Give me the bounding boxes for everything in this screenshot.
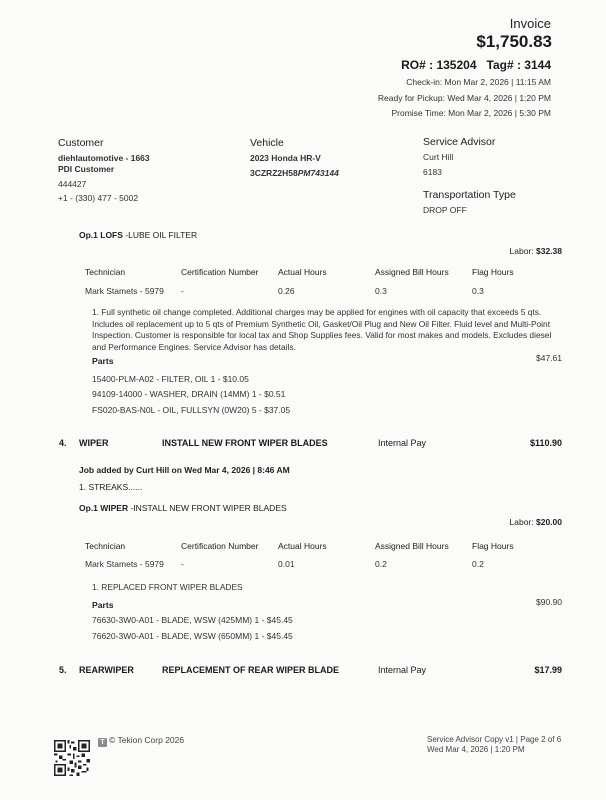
customer-name: diehlautomotive - 1663 bbox=[58, 153, 150, 163]
part-line: 94109-14000 - WASHER, DRAIN (14MM) 1 - $… bbox=[92, 389, 285, 399]
tekion-logo-icon: T bbox=[98, 738, 107, 747]
op-wiper-notes: 1. REPLACED FRONT WIPER BLADES bbox=[92, 582, 562, 594]
vehicle-title: Vehicle bbox=[250, 137, 339, 149]
transportation-title: Transportation Type bbox=[423, 189, 516, 201]
col-actual-hours: Actual Hours bbox=[278, 267, 327, 277]
vehicle-model: 2023 Honda HR-V bbox=[250, 153, 339, 163]
op-lofs-parts-total: $47.61 bbox=[536, 353, 562, 363]
ready-for-pickup-time: Ready for Pickup: Wed Mar 4, 2026 | 1:20… bbox=[378, 93, 551, 103]
part-line: 76620-3W0-A01 - BLADE, WSW (650MM) 1 - $… bbox=[92, 631, 293, 641]
op-lofs-title: Op.1 LOFS -LUBE OIL FILTER bbox=[79, 230, 197, 240]
customer-type: PDI Customer bbox=[58, 164, 150, 174]
col-assigned-bill-hours: Assigned Bill Hours bbox=[375, 267, 449, 277]
check-in-time: Check-in: Mon Mar 2, 2026 | 11:15 AM bbox=[406, 77, 551, 87]
service-advisor-title: Service Advisor bbox=[423, 136, 516, 148]
service-advisor-section: Service Advisor Curt Hill 6183 Transport… bbox=[423, 136, 516, 215]
document-type: Invoice bbox=[510, 16, 551, 31]
job4-added-by: Job added by Curt Hill on Wed Mar 4, 202… bbox=[79, 465, 290, 475]
customer-phone: +1 - (330) 477 - 5002 bbox=[58, 193, 150, 203]
op-lofs-notes: 1. Full synthetic oil change completed. … bbox=[92, 307, 562, 353]
part-line: 76630-3W0-A01 - BLADE, WSW (425MM) 1 - $… bbox=[92, 615, 293, 625]
vehicle-vin: 3CZRZ2H58PM743144 bbox=[250, 168, 339, 178]
customer-section: Customer diehlautomotive - 1663 PDI Cust… bbox=[58, 137, 150, 203]
promise-time: Promise Time: Mon Mar 2, 2026 | 5:30 PM bbox=[391, 108, 551, 118]
col-certification: Certification Number bbox=[181, 267, 258, 277]
invoice-total: $1,750.83 bbox=[476, 32, 552, 52]
service-advisor-id: 6183 bbox=[423, 167, 516, 177]
op-wiper-parts-label: Parts bbox=[92, 600, 114, 610]
job4-concern: 1. STREAKS...... bbox=[79, 482, 142, 492]
tag-number: Tag# : 3144 bbox=[487, 58, 551, 72]
copy-page-info: Service Advisor Copy v1 | Page 2 of 6 bbox=[427, 735, 561, 745]
op-wiper-labor: Labor: $20.00 bbox=[510, 517, 562, 527]
ro-tag-line: RO# : 135204Tag# : 3144 bbox=[401, 58, 551, 72]
customer-id: 444427 bbox=[58, 179, 150, 189]
qr-code-icon bbox=[54, 740, 90, 776]
col-technician: Technician bbox=[85, 267, 125, 277]
vehicle-section: Vehicle 2023 Honda HR-V 3CZRZ2H58PM74314… bbox=[250, 137, 339, 178]
customer-title: Customer bbox=[58, 137, 150, 149]
footer-page-info: Service Advisor Copy v1 | Page 2 of 6 We… bbox=[427, 735, 561, 755]
service-advisor-name: Curt Hill bbox=[423, 152, 516, 162]
op-wiper-parts-total: $90.90 bbox=[536, 597, 562, 607]
op-wiper-title: Op.1 WIPER -INSTALL NEW FRONT WIPER BLAD… bbox=[79, 503, 287, 513]
part-line: FS020-BAS-N0L - OIL, FULLSYN (0W20) 5 - … bbox=[92, 405, 290, 415]
col-flag-hours: Flag Hours bbox=[472, 267, 514, 277]
transportation-value: DROP OFF bbox=[423, 205, 516, 215]
footer-copyright: T© Tekion Corp 2026 bbox=[98, 735, 184, 747]
op-lofs-labor: Labor: $32.38 bbox=[510, 246, 562, 256]
ro-number: RO# : 135204 bbox=[401, 58, 476, 72]
part-line: 15400-PLM-A02 - FILTER, OIL 1 - $10.05 bbox=[92, 374, 249, 384]
printed-timestamp: Wed Mar 4, 2026 | 1:20 PM bbox=[427, 745, 561, 755]
op-lofs-parts-label: Parts bbox=[92, 356, 114, 366]
